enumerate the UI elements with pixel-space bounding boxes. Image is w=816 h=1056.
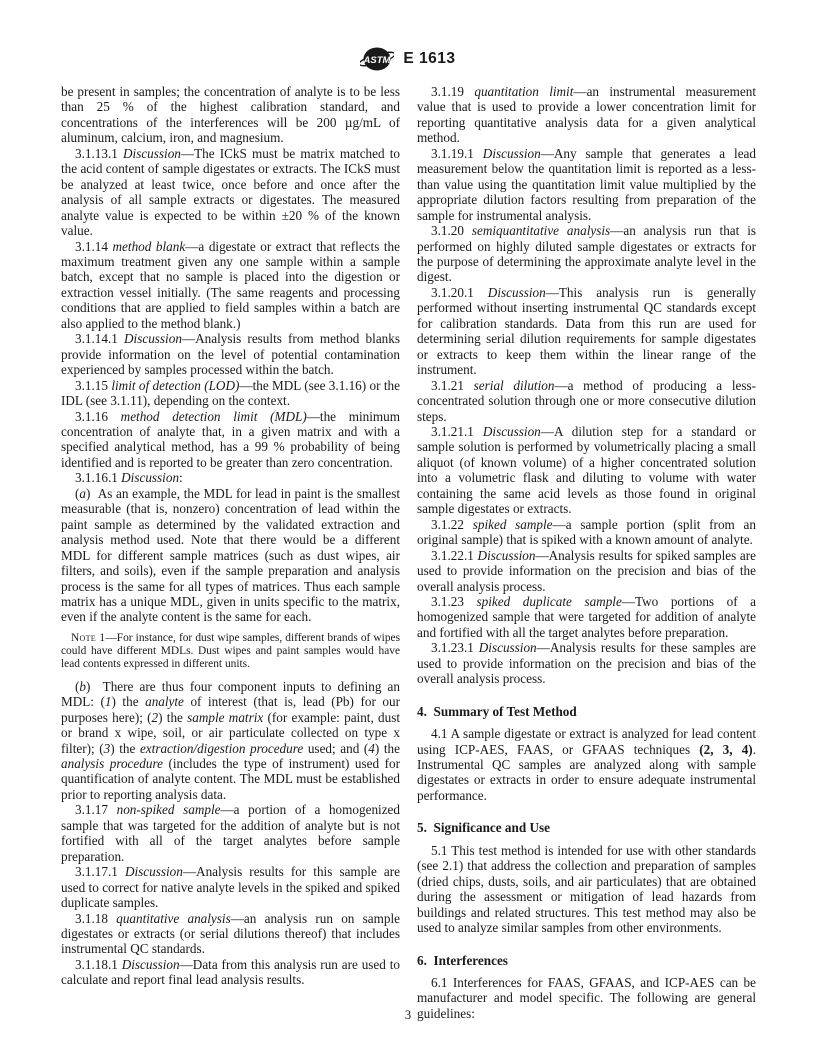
text-segment: 3.1.23 xyxy=(431,594,477,609)
paragraph: 3.1.19.1 Discussion—Any sample that gene… xyxy=(417,146,756,223)
paragraph: 3.1.16 method detection limit (MDL)—the … xyxy=(61,409,400,471)
paragraph-continuation: be present in samples; the concentration… xyxy=(61,84,400,146)
text-segment: 4 xyxy=(368,741,375,756)
text-segment: ) the xyxy=(110,741,140,756)
paragraph: 3.1.17.1 Discussion—Analysis results for… xyxy=(61,864,400,910)
text-segment: 3.1.18 xyxy=(75,911,116,926)
paragraph: (b) There are thus four component inputs… xyxy=(61,679,400,803)
text-segment: 3.1.19 xyxy=(431,84,474,99)
paragraph: (a) As an example, the MDL for lead in p… xyxy=(61,486,400,625)
text-segment: Discussion xyxy=(124,331,182,346)
text-segment: semiquantitative analysis xyxy=(472,223,610,238)
section-heading: 4. Summary of Test Method xyxy=(417,704,756,719)
paragraph: 3.1.19 quantitation limit—an instrumenta… xyxy=(417,84,756,146)
text-segment: quantitation limit xyxy=(474,84,573,99)
paragraph: 3.1.14.1 Discussion—Analysis results fro… xyxy=(61,331,400,377)
note-paragraph: Note 1—For instance, for dust wipe sampl… xyxy=(61,632,400,672)
text-segment: ) the xyxy=(112,694,146,709)
section-heading: 6. Interferences xyxy=(417,953,756,968)
page-footer: 3 xyxy=(0,1008,816,1023)
text-segment: quantitative analysis xyxy=(116,911,230,926)
text-segment: spiked sample xyxy=(473,517,553,532)
text-segment: sample matrix xyxy=(187,710,263,725)
text-segment: 3.1.13.1 xyxy=(75,146,123,161)
text-segment: spiked duplicate sample xyxy=(477,594,622,609)
text-segment: 3.1.19.1 xyxy=(431,146,483,161)
text-segment: b xyxy=(79,679,86,694)
text-segment: 3.1.20.1 xyxy=(431,285,488,300)
text-segment: 3.1.22.1 xyxy=(431,548,478,563)
paragraph: 3.1.22 spiked sample—a sample portion (s… xyxy=(417,517,756,548)
paragraph: 3.1.14 method blank—a digestate or extra… xyxy=(61,239,400,332)
text-segment: 3.1.16.1 xyxy=(75,470,121,485)
text-segment: 3.1.15 xyxy=(75,378,111,393)
text-segment: Discussion xyxy=(488,285,546,300)
text-segment: ) As an example, the MDL for lead in pai… xyxy=(61,486,400,625)
text-segment: method detection limit (MDL) xyxy=(121,409,307,424)
text-segment: limit of detection (LOD) xyxy=(111,378,239,393)
text-segment: (2, 3, 4) xyxy=(699,742,752,757)
text-segment: Discussion xyxy=(483,146,541,161)
text-segment: Discussion xyxy=(479,640,537,655)
paragraph: 5.1 This test method is intended for use… xyxy=(417,843,756,936)
text-segment: Discussion xyxy=(483,424,541,439)
text-segment: 3.1.14 xyxy=(75,239,113,254)
text-segment: Discussion xyxy=(123,146,181,161)
paragraph: 4.1 A sample digestate or extract is ana… xyxy=(417,726,756,803)
paragraph: 3.1.21 serial dilution—a method of produ… xyxy=(417,378,756,424)
paragraph: 3.1.18.1 Discussion—Data from this analy… xyxy=(61,957,400,988)
paragraph: 3.1.20 semiquantitative analysis—an anal… xyxy=(417,223,756,285)
text-segment: method blank xyxy=(113,239,186,254)
text-segment: Note 1 xyxy=(71,632,105,644)
text-segment: analysis procedure xyxy=(61,756,163,771)
text-segment: ) the xyxy=(158,710,187,725)
text-segment: 3.1.18.1 xyxy=(75,957,122,972)
text-segment: non-spiked sample xyxy=(117,802,221,817)
left-column: be present in samples; the concentration… xyxy=(61,84,400,1021)
paragraph: 3.1.17 non-spiked sample—a portion of a … xyxy=(61,802,400,864)
text-segment: 3.1.20 xyxy=(431,223,472,238)
page-number: 3 xyxy=(405,1008,411,1022)
text-segment: 3.1.23.1 xyxy=(431,640,479,655)
text-segment: 3.1.16 xyxy=(75,409,121,424)
right-column: 3.1.19 quantitation limit—an instrumenta… xyxy=(417,84,756,1021)
text-segment: analyte xyxy=(145,694,184,709)
text-segment: 5.1 This test method is intended for use… xyxy=(417,843,756,935)
document-page: ASTM E 1613 be present in samples; the c… xyxy=(0,0,816,1056)
paragraph: 3.1.13.1 Discussion—The ICkS must be mat… xyxy=(61,146,400,239)
text-segment: ) the xyxy=(375,741,400,756)
text-segment: Discussion xyxy=(122,957,180,972)
text-segment: used; and ( xyxy=(303,741,368,756)
text-segment: 6. Interferences xyxy=(417,953,508,968)
paragraph: 3.1.18 quantitative analysis—an analysis… xyxy=(61,911,400,957)
text-segment: 3.1.21 xyxy=(431,378,474,393)
section-heading: 5. Significance and Use xyxy=(417,820,756,835)
paragraph: 3.1.16.1 Discussion: xyxy=(61,470,400,485)
text-segment: a xyxy=(79,486,86,501)
text-segment: Discussion xyxy=(121,470,179,485)
astm-logo-text: ASTM xyxy=(363,55,392,66)
paragraph: 3.1.15 limit of detection (LOD)—the MDL … xyxy=(61,378,400,409)
text-segment: 3.1.21.1 xyxy=(431,424,483,439)
doc-number: E 1613 xyxy=(403,50,455,68)
text-segment: 3.1.17.1 xyxy=(75,864,125,879)
two-column-body: be present in samples; the concentration… xyxy=(61,84,757,1021)
paragraph: 3.1.23.1 Discussion—Analysis results for… xyxy=(417,640,756,686)
text-segment: 1 xyxy=(105,694,112,709)
text-segment: 3.1.14.1 xyxy=(75,331,124,346)
text-segment: 3.1.22 xyxy=(431,517,473,532)
paragraph: 3.1.21.1 Discussion—A dilution step for … xyxy=(417,424,756,517)
paragraph: 3.1.20.1 Discussion—This analysis run is… xyxy=(417,285,756,378)
paragraph: 3.1.22.1 Discussion—Analysis results for… xyxy=(417,548,756,594)
page-header: ASTM E 1613 xyxy=(0,46,816,72)
text-segment: : xyxy=(179,470,183,485)
paragraph: 3.1.23 spiked duplicate sample—Two porti… xyxy=(417,594,756,640)
text-segment: serial dilution xyxy=(474,378,555,393)
text-segment: extraction/digestion procedure xyxy=(140,741,303,756)
text-segment: Discussion xyxy=(478,548,536,563)
astm-logo-icon: ASTM xyxy=(360,46,394,72)
text-segment: be present in samples; the concentration… xyxy=(61,84,400,145)
text-segment: 3.1.17 xyxy=(75,802,117,817)
text-segment: Discussion xyxy=(125,864,183,879)
text-segment: 5. Significance and Use xyxy=(417,820,550,835)
text-segment: 4. Summary of Test Method xyxy=(417,704,577,719)
text-segment: —For instance, for dust wipe samples, di… xyxy=(61,632,400,671)
